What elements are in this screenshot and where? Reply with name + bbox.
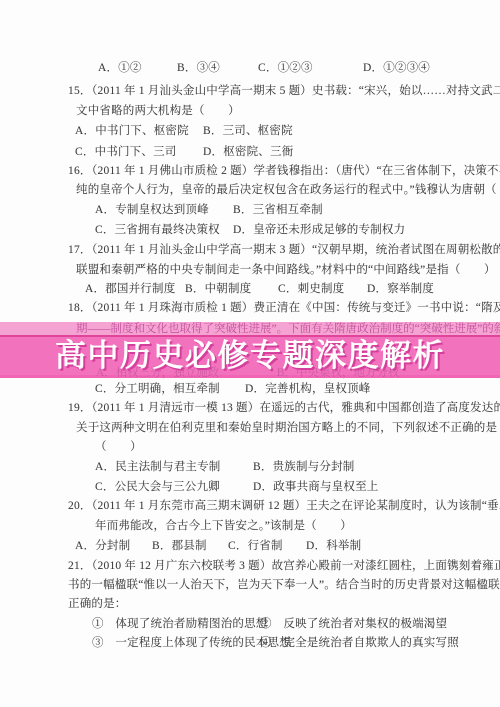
- exam-scan-page: A．①② B．③④ C．①②③ D．①②③④ 15．（2011 年 1 月汕头金…: [0, 0, 500, 707]
- q19-option-a: A．民主法制与君主专制: [95, 461, 221, 474]
- q14-option-c: C．①②③: [258, 62, 313, 75]
- q20-option-b: B．郡县制: [152, 540, 207, 553]
- q21-option-4: ④ 完全是统治者自欺欺人的真实写照: [260, 637, 459, 650]
- q21-option-2: ② 反映了统治者对集权的极端渴望: [260, 618, 447, 631]
- question-15-line-1: 15．（2011 年 1 月汕头金山中学高一期末 5 题）史书载：“宋兴，始以……: [68, 85, 500, 98]
- q21-option-1: ① 体现了统治者励精图治的思想: [92, 618, 268, 631]
- question-19-line-3: （ ）: [95, 441, 142, 454]
- question-18-line-1: 18．（2011 年 1 月珠海市质检 1 题）费正清在《中国：传统与变迁》一书…: [68, 302, 500, 315]
- q16-option-d: D．皇帝还未形成足够的专制权力: [233, 224, 405, 237]
- question-16-line-2: 纯的皇帝个人行为，皇帝的最后决定权包含在政务运行的程式中。”钱穆认为唐朝（ ）: [76, 184, 500, 197]
- promo-banner-title: 高中历史必修专题深度解析: [0, 335, 500, 376]
- question-19-line-1: 19．（2011 年 1 月清远市一模 13 题）在遥远的古代，雅典和中国都创造…: [68, 402, 500, 415]
- q16-option-b: B．三省相互牵制: [233, 204, 323, 217]
- q19-option-d: D．政事共商与皇权至上: [253, 481, 379, 494]
- q18-option-d: D．完善机构，皇权顶峰: [245, 383, 371, 396]
- q14-option-d: D．①②③④: [363, 62, 430, 75]
- question-16-line-1: 16．（2011 年 1 月佛山市质检 2 题）学者钱穆指出：（唐代）“在三省体…: [68, 165, 500, 178]
- question-21-line-1: 21．（2010 年 12 月广东六校联考 3 题）故宫养心殿前一对漆红圆柱，上…: [68, 560, 500, 573]
- q15-option-a: A．中书门下、枢密院: [75, 125, 189, 138]
- q20-option-d: D．科举制: [306, 540, 361, 553]
- q15-option-d: D．枢密院、三衙: [203, 146, 293, 159]
- q16-option-a: A．专制皇权达到顶峰: [95, 204, 209, 217]
- q17-option-b: B．中朝制度: [185, 283, 251, 296]
- q15-option-b: B．三司、枢密院: [203, 125, 293, 138]
- question-18-line-2-tinted: 期——制度和文化也取得了突破性进展”。下面有关隋唐政治制度的“突破性进展”的叙述: [76, 323, 500, 335]
- question-19-line-2: 关于这两种文明在伯利克里和秦始皇时期治国方略上的不同，下列叙述不正确的是: [76, 422, 497, 435]
- q19-option-c: C．公民大会与三公九卿: [95, 481, 220, 494]
- q20-option-a: A．分封制: [75, 540, 130, 553]
- q14-option-a: A．①②: [98, 62, 142, 75]
- q14-option-b: B．③④: [177, 62, 220, 75]
- question-17-line-1: 17．（2011 年 1 月汕头金山中学高一期末 3 题）“汉朝早期，统治者试图…: [68, 244, 500, 257]
- promo-banner: 期——制度和文化也取得了突破性进展”。下面有关隋唐政治制度的“突破性进展”的叙述…: [0, 322, 500, 378]
- q19-option-b: B．贵族制与分封制: [253, 461, 354, 474]
- promo-banner-top-wash: 期——制度和文化也取得了突破性进展”。下面有关隋唐政治制度的“突破性进展”的叙述: [0, 322, 500, 335]
- q17-option-a: A．郡国并行制度: [85, 283, 175, 296]
- question-15-line-2: 文中省略的两大机构是（ ）: [76, 105, 240, 118]
- question-21-line-3: 正确的是：: [68, 598, 127, 611]
- question-20-line-1: 20．（2011 年 1 月东莞市高三期末调研 12 题）王夫之在评论某制度时，…: [68, 500, 500, 513]
- question-20-line-2: 年而弗能改，合古今上下皆安之。”该制是（ ）: [95, 520, 352, 533]
- q20-option-c: C．行省制: [228, 540, 283, 553]
- question-17-line-2: 联盟和秦朝严格的中央专制间走一条中间路线。”材料中的“中间路线”是指（ ）: [76, 264, 496, 277]
- q17-option-d: D．察举制度: [367, 283, 434, 296]
- q17-option-c: C．刺史制度: [278, 283, 344, 296]
- question-21-line-2: 书的一幅楹联“惟以一人治天下，岂为天下奉一人”。结合当时的历史背景对这幅楹联理解: [68, 579, 500, 592]
- q16-option-c: C．三省拥有最终决策权: [95, 224, 220, 237]
- q18-option-c: C．分工明确，相互牵制: [95, 383, 220, 396]
- q15-option-c: C．中书门下、三司: [75, 146, 176, 159]
